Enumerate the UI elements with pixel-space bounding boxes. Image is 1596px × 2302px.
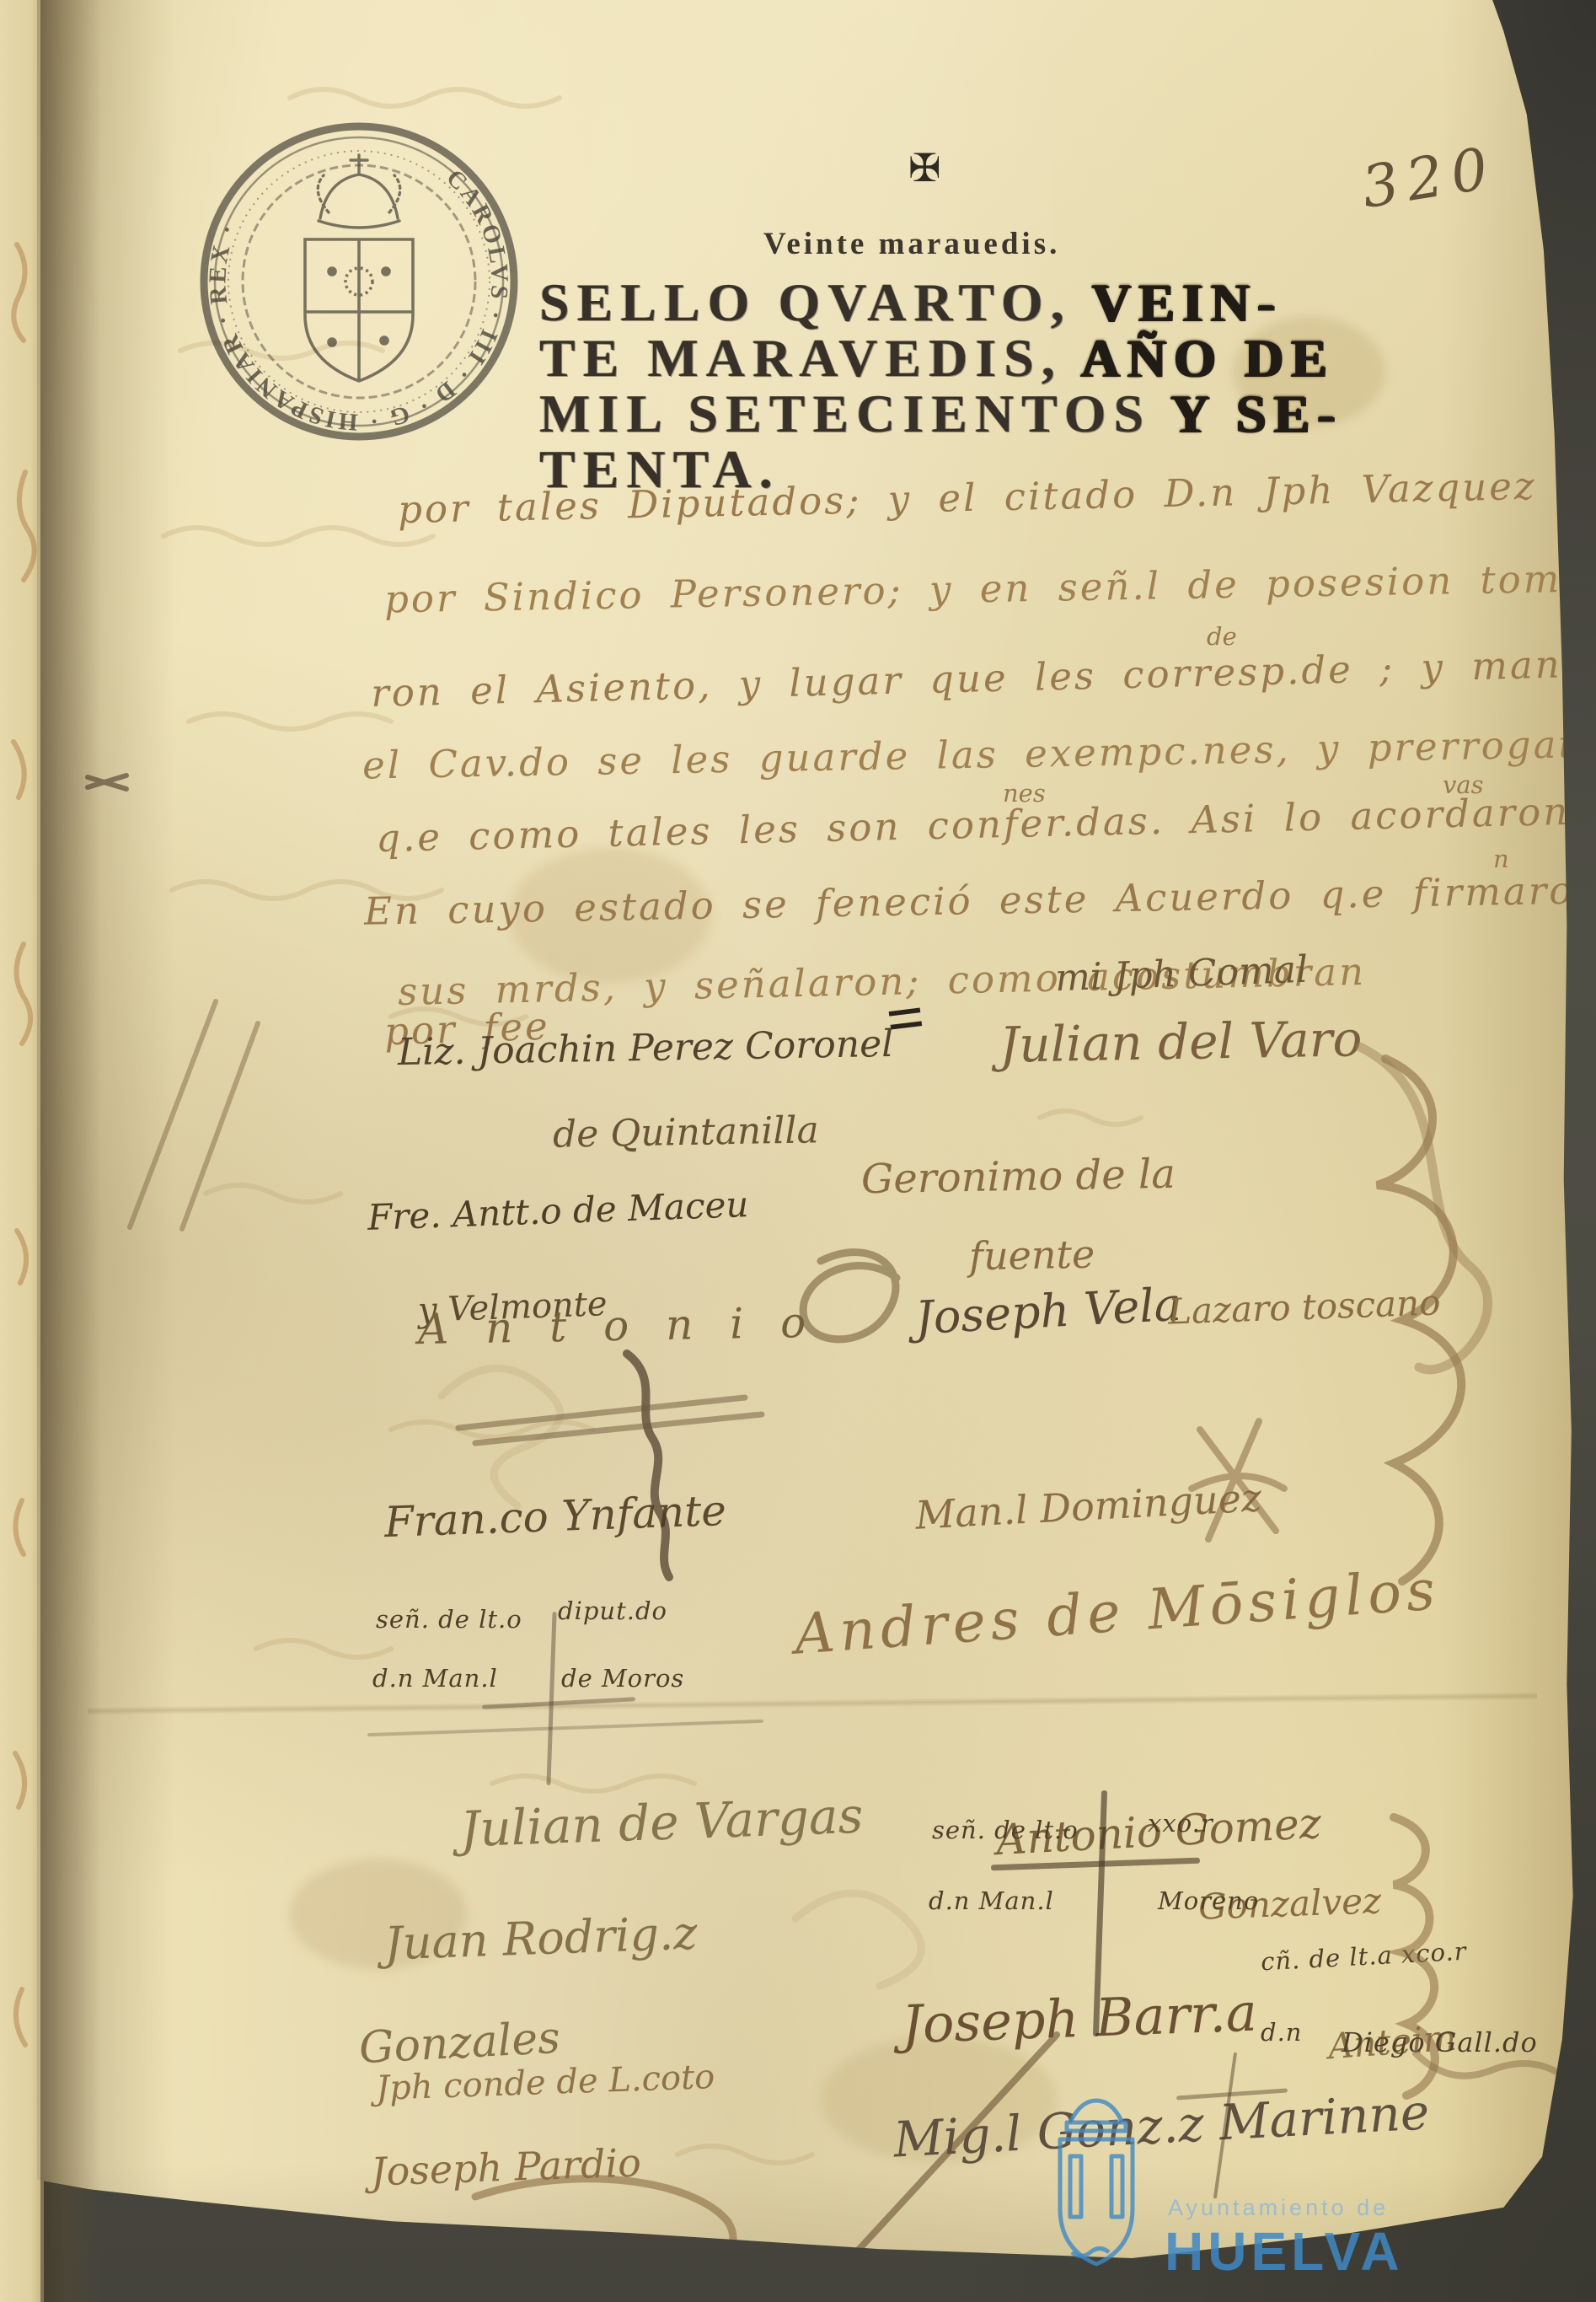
- watermark-title: HUELVA: [1165, 2220, 1404, 2283]
- facing-page-ghost-writing: [0, 0, 101, 2302]
- watermark-subtitle: Ayuntamiento de: [1168, 2195, 1389, 2221]
- huelva-crest-icon: [1042, 2087, 1151, 2298]
- rubric-flourishes: [37, 0, 1579, 2302]
- archive-watermark: Ayuntamiento de HUELVA: [1042, 2087, 1547, 2298]
- document-page: CAROLVS · III · D · G · HISPANIAR · REX …: [37, 0, 1579, 2302]
- scanned-manuscript-page: CAROLVS · III · D · G · HISPANIAR · REX …: [0, 0, 1596, 2302]
